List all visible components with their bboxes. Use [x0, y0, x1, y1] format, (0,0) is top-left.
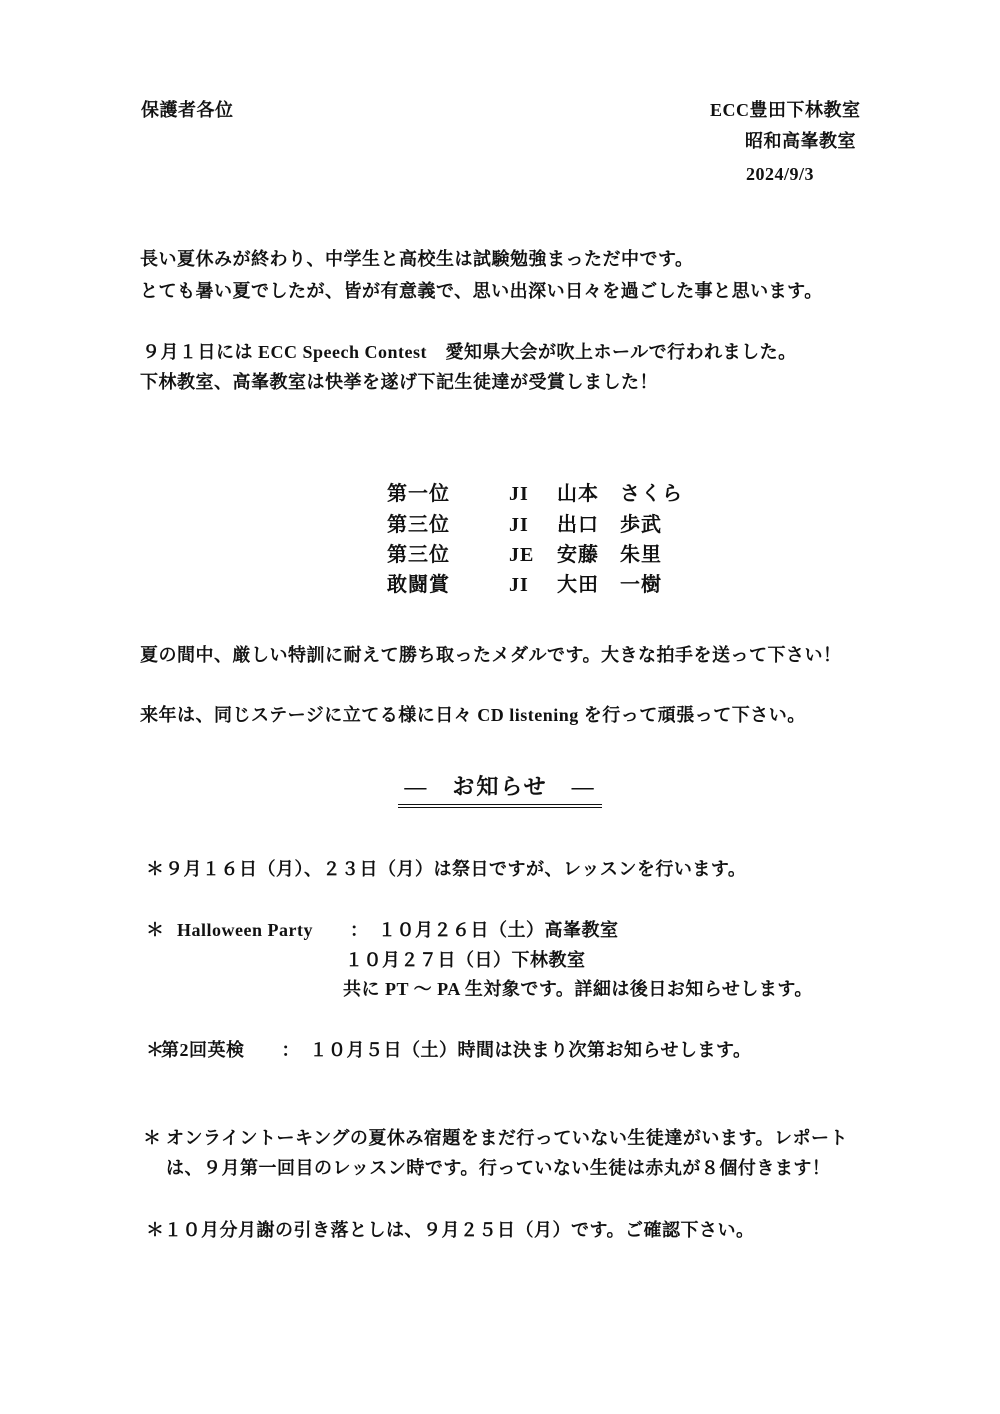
notice-item-eiken: 第2回英検 ： １０月５日（土）時間は決まり次第お知らせします。 — [161, 1039, 752, 1061]
notice-section: ― お知らせ ― — [0, 770, 1000, 808]
intro-paragraph-line: 長い夏休みが終わり、中学生と高校生は試験勉強まっただ中です。 — [140, 248, 694, 270]
intro-paragraph-line: とても暑い夏でしたが、皆が有意義で、思い出深い日々を過ごした事と思います。 — [140, 280, 823, 302]
award-name: 大田 一樹 — [557, 574, 662, 596]
notice-item-tuition: １０月分月謝の引き落としは、９月２５日（月）です。ご確認下さい。 — [164, 1219, 755, 1241]
medal-paragraph: 夏の間中、厳しい特訓に耐えて勝ち取ったメダルです。大きな拍手を送って下さい！ — [140, 644, 842, 666]
contest-paragraph-line: 下林教室、高峯教室は快挙を遂げ下記生徒達が受賞しました！ — [140, 371, 658, 393]
recipient: 保護者各位 — [141, 99, 234, 121]
notice-item-halloween-line: Halloween Party ： １０月２６日（土）高峯教室 — [177, 919, 618, 941]
award-class: JI — [509, 574, 557, 596]
notice-item-holiday-lessons: ９月１６日（月）、２３日（月）は祭日ですが、レッスンを行います。 — [165, 858, 746, 880]
notice-item-homework-line: オンライントーキングの夏休み宿題をまだ行っていない生徒達がいます。レポート — [166, 1127, 848, 1149]
contest-paragraph-line: ９月１日には ECC Speech Contest 愛知県大会が吹上ホールで行わ… — [142, 341, 797, 363]
sender-school-2: 昭和高峯教室 — [745, 130, 856, 152]
notice-item-marker: ＊ — [146, 858, 165, 880]
sender-school-1: ECC豊田下林教室 — [710, 99, 861, 121]
document-date: 2024/9/3 — [746, 163, 814, 185]
notice-item-marker: ＊ — [146, 1219, 165, 1241]
notice-item-marker: ＊ — [146, 919, 165, 941]
award-rank: 敢闘賞 — [387, 574, 509, 596]
notice-item-halloween-line: １０月２７日（日）下林教室 — [345, 949, 586, 971]
notice-item-marker: ＊ — [143, 1127, 162, 1149]
encouragement-paragraph: 来年は、同じステージに立てる様に日々 CD listening を行って頑張って… — [140, 704, 806, 726]
notice-item-homework-line: は、９月第一回目のレッスン時です。行っていない生徒は赤丸が８個付きます！ — [166, 1157, 830, 1179]
award-row: 敢闘賞JI大田 一樹 — [363, 552, 662, 618]
notice-heading: ― お知らせ ― — [398, 770, 601, 808]
newsletter-page: 保護者各位 ECC豊田下林教室 昭和高峯教室 2024/9/3 長い夏休みが終わ… — [0, 0, 1000, 1414]
notice-item-halloween-line: 共に PT ～ PA 生対象です。詳細は後日お知らせします。 — [343, 978, 813, 1000]
